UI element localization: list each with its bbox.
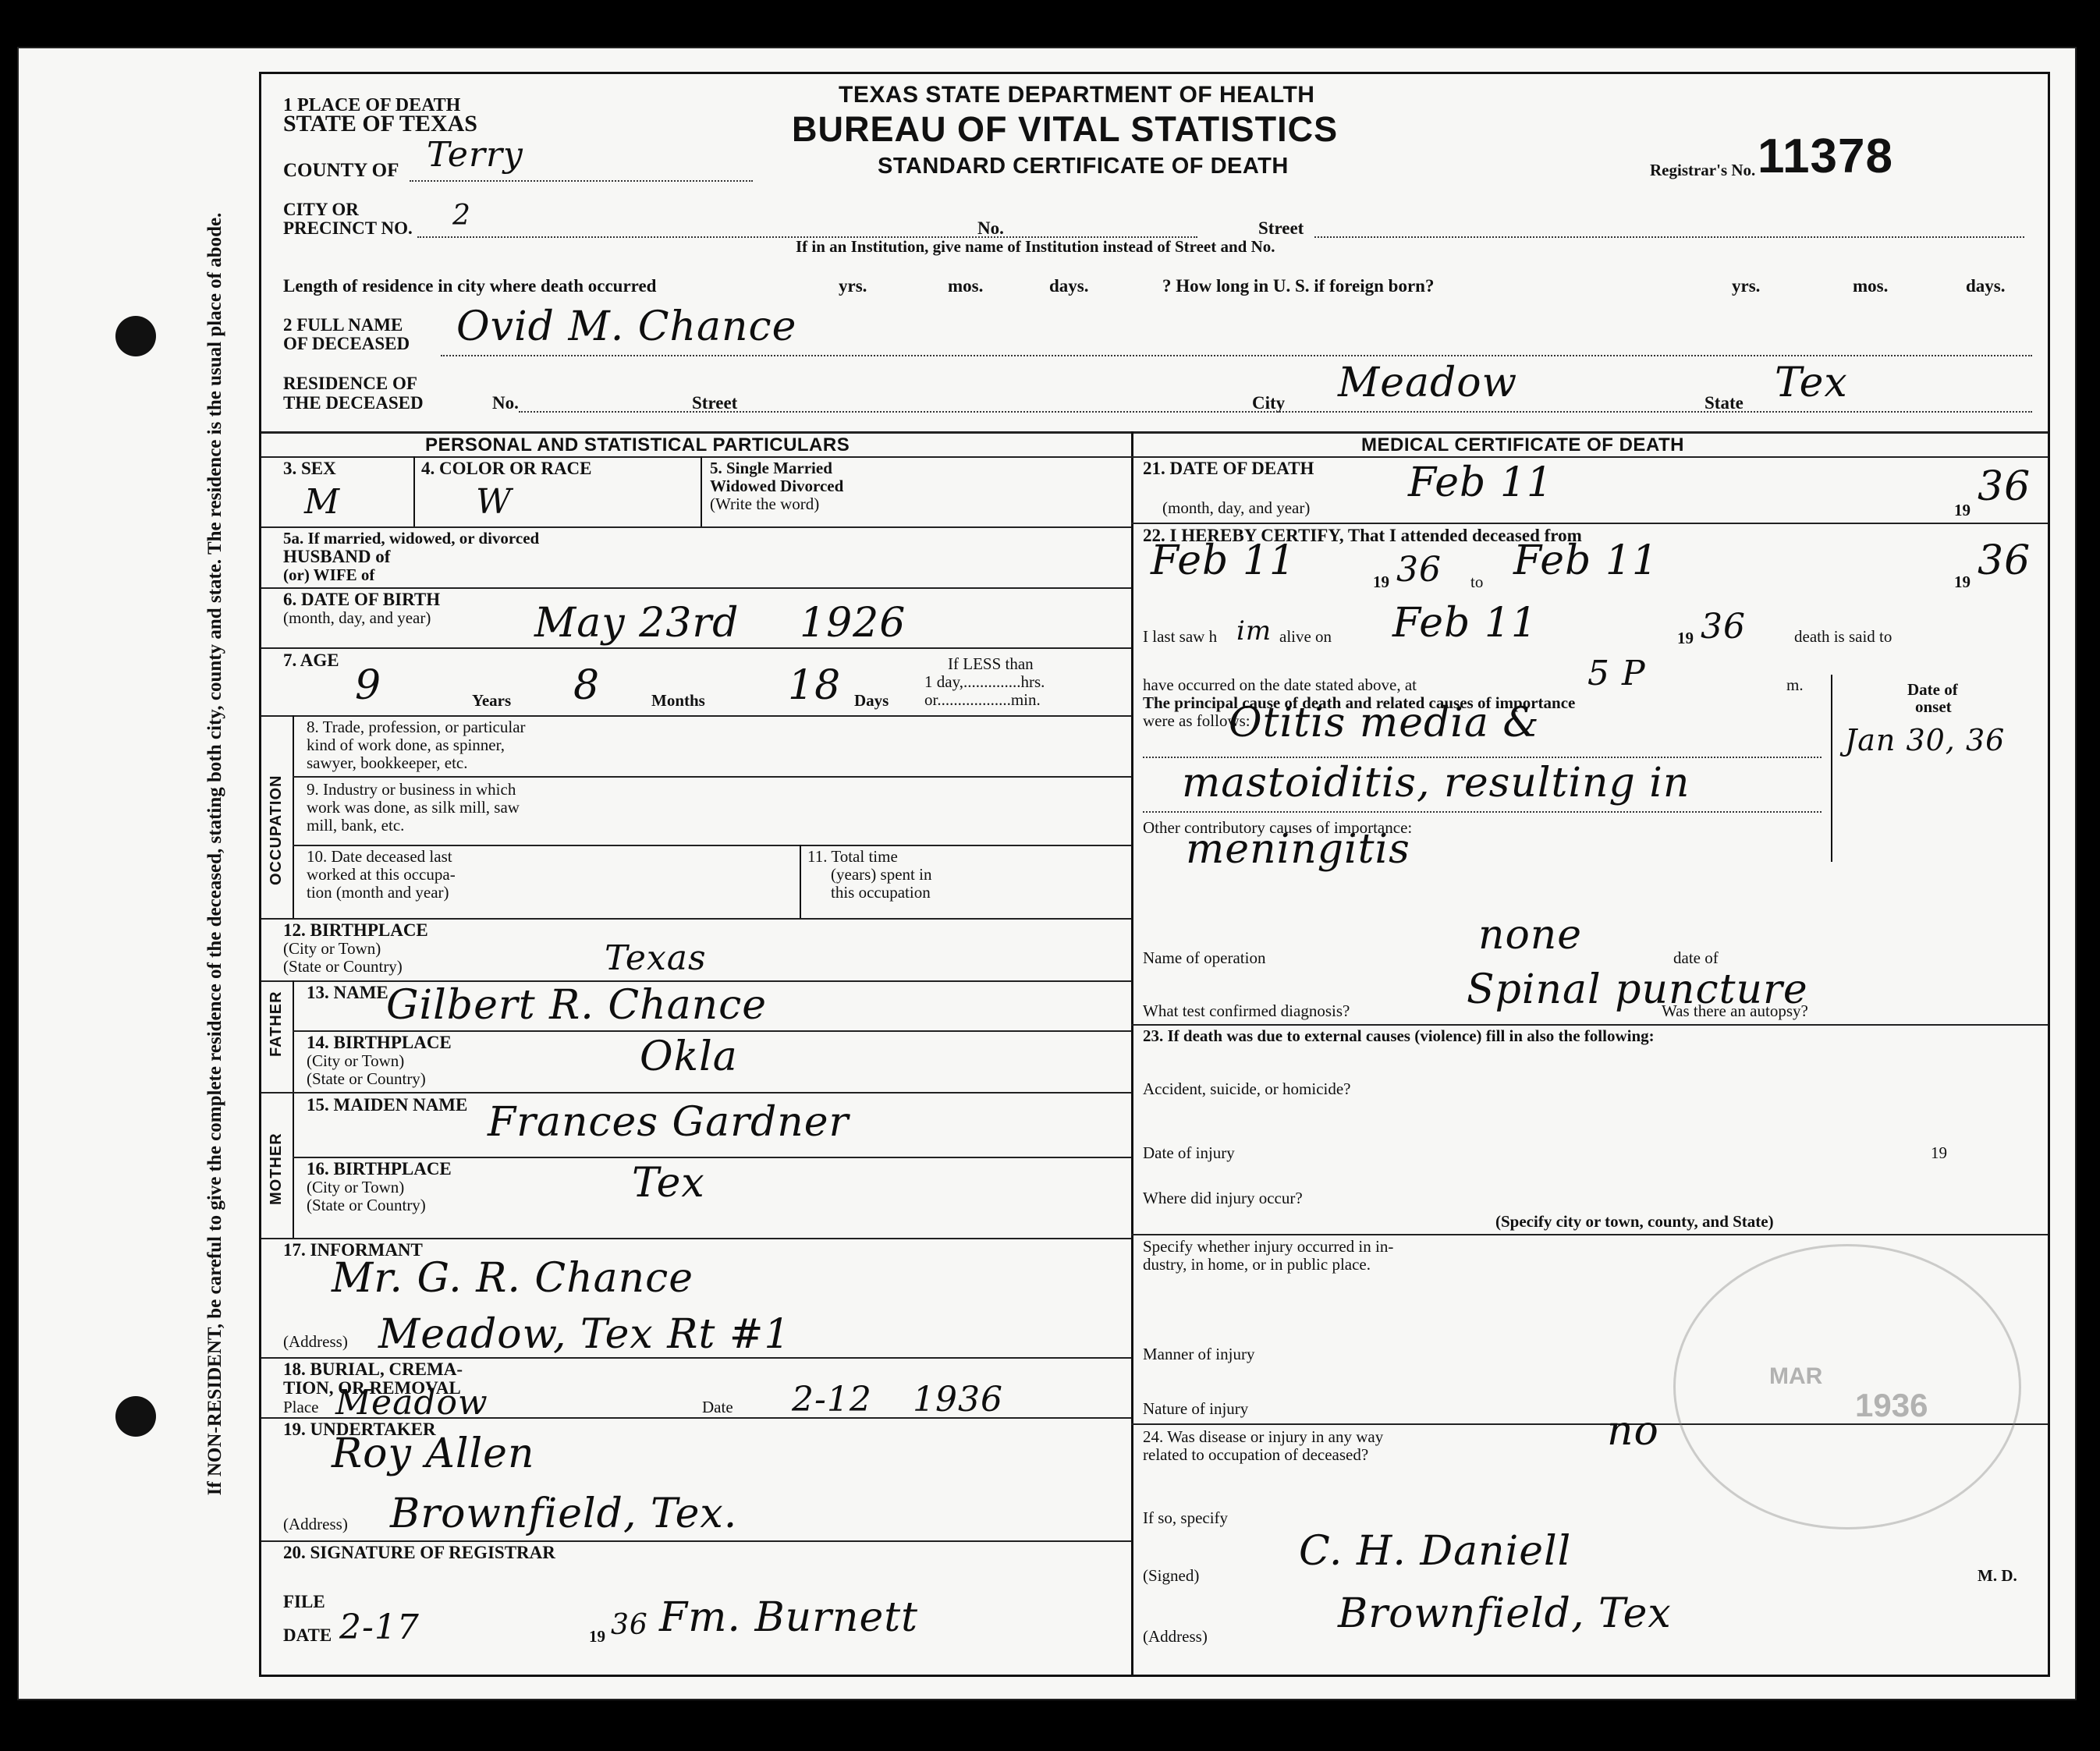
yrs2-label: yrs.: [1732, 277, 1760, 296]
if-so-label: If so, specify: [1143, 1509, 1228, 1527]
father-side-label: FATHER: [268, 991, 286, 1057]
physician-address-label: (Address): [1143, 1628, 1208, 1646]
trade-label-1: 8. Trade, profession, or particular: [307, 718, 526, 736]
dob-label-2: (month, day, and year): [283, 609, 431, 627]
trade-label-2: kind of work done, as spinner,: [307, 736, 505, 754]
rule: [293, 980, 294, 1238]
dod-year-prefix: 19: [1954, 502, 1971, 519]
file-year-prefix: 19: [589, 1628, 605, 1646]
res-street-label: Street: [692, 394, 737, 413]
dob-value: May 23rd: [534, 604, 739, 642]
alive-on-year: 36: [1701, 608, 1746, 646]
punch-hole: [115, 316, 156, 356]
rule: [261, 526, 1131, 528]
injury-year-prefix: 19: [1931, 1144, 1947, 1162]
mother-bp-label-1: 16. BIRTHPLACE: [307, 1160, 452, 1179]
dob-year: 1926: [800, 604, 906, 642]
rule: [701, 456, 702, 526]
mother-side-label: MOTHER: [268, 1132, 286, 1205]
spouse-label-1: 5a. If married, widowed, or divorced: [283, 530, 539, 548]
rule: [261, 1092, 1131, 1093]
occupation-question-2: related to occupation of deceased?: [1143, 1446, 1368, 1464]
rule: [261, 647, 1131, 649]
lastworked-label-2: worked at this occupa-: [307, 866, 456, 884]
state-label: STATE OF TEXAS: [283, 115, 477, 133]
m-label: m.: [1786, 676, 1804, 694]
registrar-signature-label: 20. SIGNATURE OF REGISTRAR: [283, 1544, 555, 1562]
cause-line-1: Otitis media &: [1229, 704, 1540, 742]
burial-place: Meadow: [335, 1384, 488, 1422]
county-value: Terry: [427, 136, 523, 174]
lastworked-label-3: tion (month and year): [307, 884, 449, 902]
rule: [1831, 675, 1832, 862]
rule: [293, 1030, 1131, 1032]
color-value: W: [476, 484, 512, 521]
sex-value: M: [304, 484, 340, 521]
less-label-1: If LESS than: [948, 655, 1034, 673]
father-name: Gilbert R. Chance: [386, 987, 767, 1024]
burial-date: 2-12: [792, 1381, 872, 1419]
birthplace-label-3: (State or Country): [283, 958, 403, 976]
attended-from-year: 36: [1396, 551, 1442, 589]
precinct-value: 2: [452, 197, 471, 235]
sex-label: 3. SEX: [283, 459, 336, 478]
rule: [261, 715, 1131, 717]
age-days: 18: [788, 667, 841, 704]
deceased-name: Ovid M. Chance: [456, 308, 796, 346]
birthplace-label-2: (City or Town): [283, 940, 381, 958]
informant-address-label: (Address): [283, 1333, 348, 1351]
residence-label-1: RESIDENCE OF: [283, 374, 417, 393]
injury-date-label: Date of injury: [1143, 1144, 1235, 1162]
industry-label-1: 9. Industry or business in which: [307, 781, 516, 799]
attended-from-prefix: 19: [1373, 573, 1389, 591]
rule: [1131, 1024, 2048, 1026]
lastworked-label-1: 10. Date deceased last: [307, 848, 452, 866]
res-city-label: City: [1252, 394, 1285, 413]
totaltime-label-1: 11. Total time: [807, 848, 898, 866]
cause-line-2: mastoiditis, resulting in: [1182, 764, 1690, 802]
occupation-side-label: OCCUPATION: [268, 775, 286, 885]
rule: [293, 845, 1131, 846]
mother-bp-label-2: (City or Town): [307, 1179, 404, 1196]
medical-section-title: MEDICAL CERTIFICATE OF DEATH: [1361, 434, 1684, 456]
time-of-death: 5 P: [1587, 655, 1646, 693]
rule: [261, 587, 1131, 589]
rule: [261, 918, 1131, 920]
burial-place-label: Place: [283, 1398, 318, 1416]
operation-value: none: [1478, 916, 1582, 954]
marital-label-2: Widowed Divorced: [710, 477, 843, 495]
mother-name-label: 15. MAIDEN NAME: [307, 1096, 467, 1115]
rule: [261, 1238, 1131, 1239]
death-certificate-form: 1 PLACE OF DEATH STATE OF TEXAS COUNTY O…: [259, 72, 2050, 1677]
full-name-label-1: 2 FULL NAME: [283, 316, 403, 335]
father-bp-label-3: (State or Country): [307, 1070, 426, 1088]
rule: [293, 776, 1131, 778]
precinct-label: PRECINCT NO.: [283, 219, 413, 238]
years-label: Years: [472, 692, 511, 710]
attended-from: Feb 11: [1151, 542, 1296, 580]
attended-to: Feb 11: [1513, 542, 1658, 580]
days2-label: days.: [1966, 277, 2006, 296]
filed-stamp: MAR 1936: [1673, 1244, 2021, 1529]
totaltime-label-3: this occupation: [831, 884, 931, 902]
county-line: [410, 180, 753, 182]
personal-section-title: PERSONAL AND STATISTICAL PARTICULARS: [425, 434, 850, 456]
mos2-label: mos.: [1853, 277, 1888, 296]
file-label: FILE: [283, 1593, 325, 1611]
accident-label: Accident, suicide, or homicide?: [1143, 1080, 1351, 1098]
rule: [413, 456, 415, 526]
alive-on-label: alive on: [1279, 628, 1332, 646]
mother-maiden-name: Frances Gardner: [488, 1104, 849, 1141]
cause-line: [1143, 811, 1822, 813]
burial-label-1: 18. BURIAL, CREMA-: [283, 1360, 463, 1379]
industry-label-3: mill, bank, etc.: [307, 817, 404, 835]
residence-state: Tex: [1775, 364, 1848, 402]
res-no-label: No.: [492, 394, 519, 413]
days-label: Days: [854, 692, 889, 710]
test-label: What test confirmed diagnosis?: [1143, 1002, 1350, 1020]
registrar-signature: Fm. Burnett: [659, 1599, 918, 1636]
onset-header-2: onset: [1915, 698, 1952, 716]
rule: [1131, 456, 2048, 458]
stamp-year: 1936: [1855, 1387, 1928, 1424]
file-year: 36: [611, 1607, 648, 1644]
specify-label-2: dustry, in home, or in public place.: [1143, 1256, 1371, 1274]
date-of-death: Feb 11: [1408, 464, 1553, 502]
alive-on-date: Feb 11: [1392, 604, 1538, 642]
md-label: M. D.: [1978, 1567, 2017, 1585]
file-date: 2-17: [339, 1609, 420, 1646]
residence-label-2: THE DECEASED: [283, 394, 424, 413]
burial-year: 1936: [913, 1381, 1003, 1419]
spouse-label-3: (or) WIFE of: [283, 566, 374, 584]
rule: [293, 1157, 1131, 1158]
rule: [293, 715, 294, 918]
less-label-2: 1 day,..............hrs.: [924, 673, 1045, 691]
father-bp-label-1: 14. BIRTHPLACE: [307, 1033, 452, 1052]
external-label: 23. If death was due to external causes …: [1143, 1027, 1655, 1045]
to-label: to: [1470, 573, 1483, 591]
rule: [261, 1357, 1131, 1359]
full-name-label-2: OF DECEASED: [283, 335, 410, 353]
stamp-month: MAR: [1769, 1363, 1822, 1390]
marital-label-3: (Write the word): [710, 495, 819, 513]
attended-to-prefix: 19: [1954, 573, 1971, 591]
color-label: 4. COLOR OR RACE: [421, 459, 592, 478]
section-divider: [261, 431, 2048, 434]
punch-hole: [115, 1396, 156, 1437]
street-line: [1314, 236, 2024, 238]
occupation-question-1: 24. Was disease or injury in any way: [1143, 1428, 1383, 1446]
marital-label-1: 5. Single Married: [710, 459, 832, 477]
nature-label: Nature of injury: [1143, 1400, 1248, 1418]
spouse-label-2: HUSBAND of: [283, 548, 390, 566]
dod-year: 36: [1978, 468, 2031, 505]
informant-name: Mr. G. R. Chance: [332, 1260, 693, 1297]
cause-line: [1143, 757, 1822, 758]
autopsy-label: Was there an autopsy?: [1662, 1002, 1808, 1020]
dod-label-1: 21. DATE OF DEATH: [1143, 459, 1314, 478]
mos-label: mos.: [948, 277, 983, 296]
rule: [261, 456, 1131, 458]
operation-date-label: date of: [1673, 949, 1719, 967]
institution-note: If in an Institution, give name of Insti…: [796, 238, 1275, 256]
rule: [800, 845, 801, 918]
age-years: 9: [355, 667, 381, 704]
last-saw-value: im: [1236, 612, 1272, 650]
residence-line: [519, 411, 2032, 413]
bureau-title: BUREAU OF VITAL STATISTICS: [792, 109, 1338, 150]
less-label-3: or..................min.: [924, 691, 1041, 709]
non-resident-note: If NON-RESIDENT, be careful to give the …: [203, 55, 228, 1654]
residence-city: Meadow: [1338, 364, 1517, 402]
yrs-label: yrs.: [839, 277, 867, 296]
age-months: 8: [573, 667, 600, 704]
occupation-answer: no: [1607, 1412, 1659, 1450]
undertaker-name: Roy Allen: [332, 1435, 534, 1473]
birthplace-value: Texas: [605, 940, 707, 977]
months-label: Months: [651, 692, 705, 710]
street-label: Street: [1258, 219, 1304, 238]
last-saw-label: I last saw h: [1143, 628, 1217, 646]
trade-label-3: sawyer, bookkeeper, etc.: [307, 754, 467, 772]
undertaker-address-label: (Address): [283, 1515, 348, 1533]
totaltime-label-2: (years) spent in: [831, 866, 931, 884]
rule: [1131, 523, 2048, 524]
mother-bp-label-3: (State or Country): [307, 1196, 426, 1214]
father-bp-label-2: (City or Town): [307, 1052, 404, 1070]
registrar-no-label: Registrar's No.: [1650, 161, 1755, 179]
days-label: days.: [1049, 277, 1089, 296]
burial-date-label: Date: [702, 1398, 733, 1416]
father-birthplace: Okla: [640, 1038, 738, 1076]
specify-label-1: Specify whether injury occurred in in-: [1143, 1238, 1393, 1256]
county-label: COUNTY OF: [283, 161, 399, 180]
industry-label-2: work was done, as silk mill, saw: [307, 799, 520, 817]
form-title: STANDARD CERTIFICATE OF DEATH: [878, 154, 1289, 179]
signed-label: (Signed): [1143, 1567, 1199, 1585]
undertaker-address: Brownfield, Tex.: [390, 1495, 737, 1533]
physician-signature: C. H. Daniell: [1299, 1533, 1571, 1570]
manner-label: Manner of injury: [1143, 1345, 1254, 1363]
age-label: 7. AGE: [283, 651, 339, 670]
operation-label: Name of operation: [1143, 949, 1265, 967]
foreign-born-label: ? How long in U. S. if foreign born?: [1162, 277, 1434, 296]
contributory-cause: meningitis: [1186, 831, 1410, 868]
dob-label-1: 6. DATE OF BIRTH: [283, 590, 440, 609]
informant-address: Meadow, Tex Rt #1: [378, 1316, 791, 1353]
dod-label-2: (month, day, and year): [1162, 499, 1310, 517]
injury-where-label: Where did injury occur?: [1143, 1189, 1303, 1207]
rule: [261, 1417, 1131, 1419]
attended-to-year: 36: [1978, 542, 2031, 580]
rule: [261, 1540, 1131, 1542]
registrar-number: 11378: [1758, 129, 1893, 184]
mother-birthplace: Tex: [632, 1164, 705, 1202]
city-label: CITY OR: [283, 200, 359, 219]
alive-on-prefix: 19: [1677, 629, 1694, 647]
rule: [1131, 1234, 2048, 1235]
agency-title: TEXAS STATE DEPARTMENT OF HEALTH: [839, 82, 1314, 108]
onset-header-1: Date of: [1907, 681, 1958, 699]
file-date-label: DATE: [283, 1626, 332, 1645]
res-state-label: State: [1704, 394, 1743, 413]
birthplace-label-1: 12. BIRTHPLACE: [283, 921, 428, 940]
residence-length-label: Length of residence in city where death …: [283, 277, 656, 296]
name-line: [441, 355, 2032, 356]
onset-date: Jan 30, 36: [1845, 721, 2005, 759]
column-divider: [1131, 431, 1133, 1675]
father-name-label: 13. NAME: [307, 984, 388, 1002]
specify-city-label: (Specify city or town, county, and State…: [1495, 1213, 1774, 1231]
no-label: No.: [977, 219, 1004, 238]
physician-address: Brownfield, Tex: [1338, 1595, 1672, 1632]
occurred-label: have occurred on the date stated above, …: [1143, 676, 1417, 694]
death-said-label: death is said to: [1794, 628, 1892, 646]
